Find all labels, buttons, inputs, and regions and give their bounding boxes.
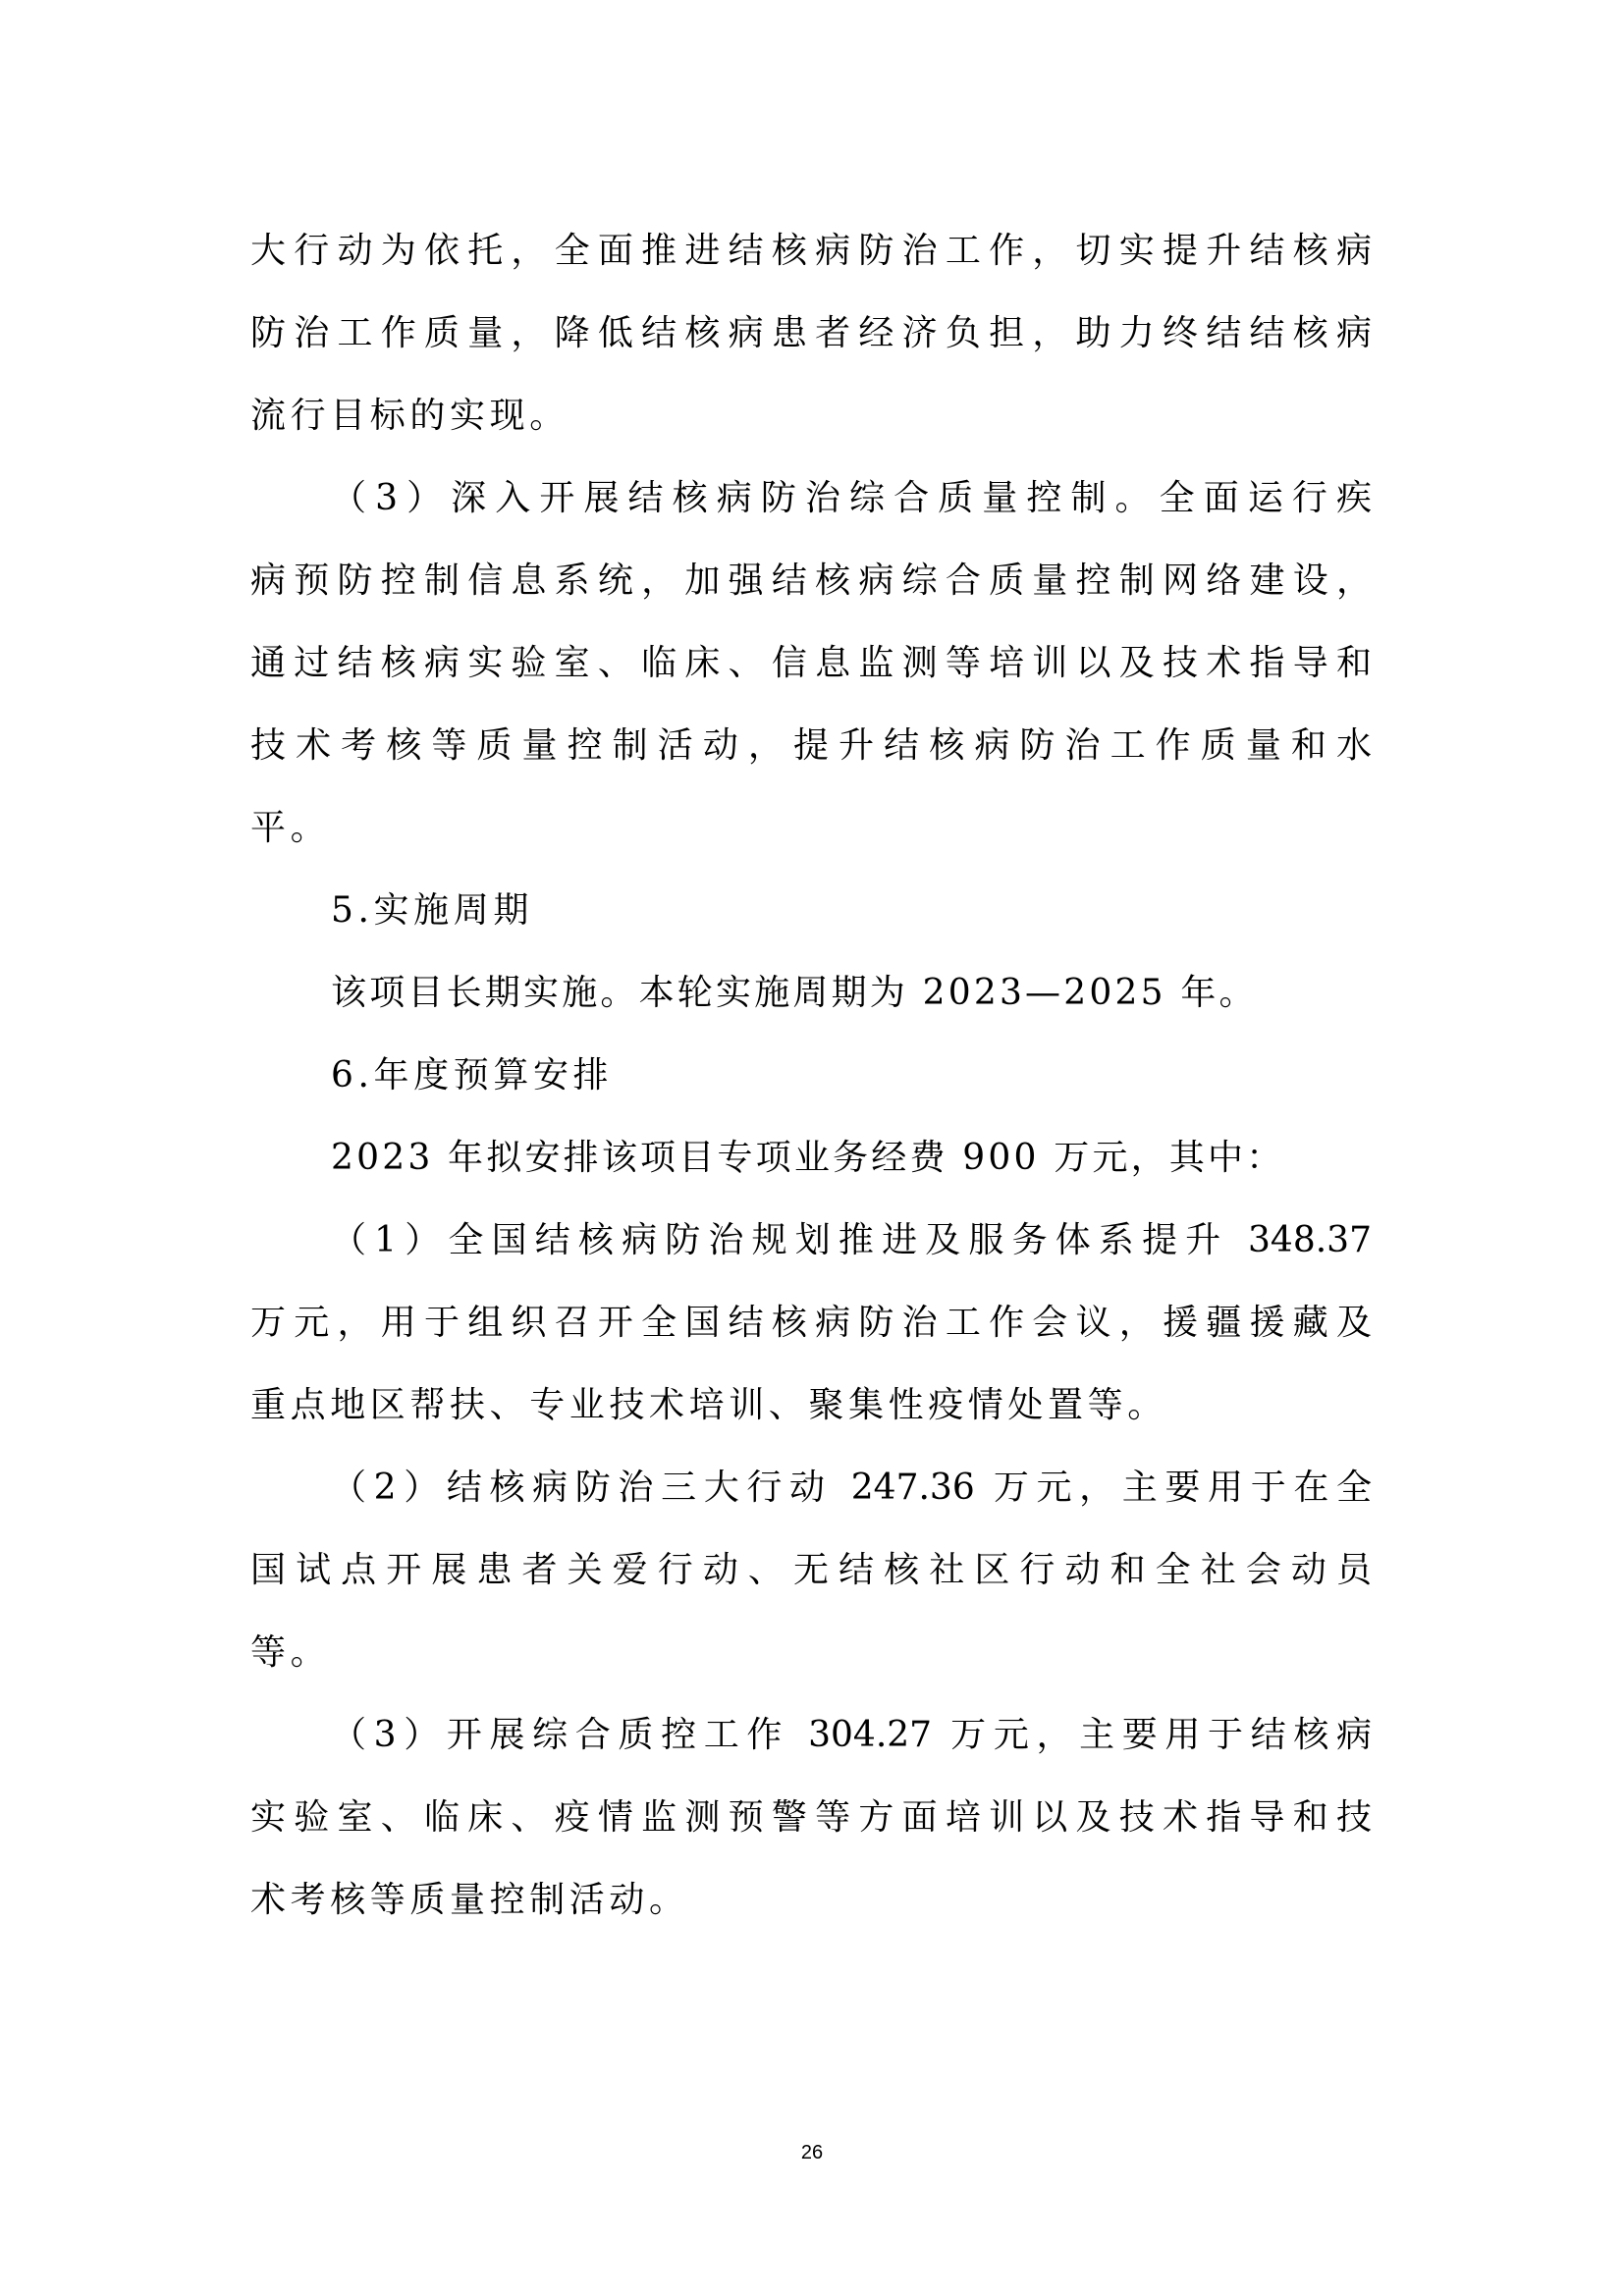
page-number: 26 xyxy=(0,2141,1624,2164)
paragraph-budget-intro: 2023 年拟安排该项目专项业务经费 900 万元，其中： xyxy=(250,1117,1380,1200)
text-line: （3）深入开展结核病防治综合质量控制。全面运行疾 xyxy=(250,457,1372,540)
text-line: 通过结核病实验室、临床、信息监测等培训以及技术指导和 xyxy=(250,622,1372,705)
text-line: 技术考核等质量控制活动，提升结核病防治工作质量和水 xyxy=(250,705,1372,787)
text-line: （1）全国结核病防治规划推进及服务体系提升 348.37 xyxy=(250,1200,1372,1282)
text-line: 万元，用于组织召开全国结核病防治工作会议，援疆援藏及 xyxy=(250,1282,1372,1364)
section-heading-annual-budget: 6.年度预算安排 xyxy=(250,1035,1380,1117)
text-line: 重点地区帮扶、专业技术培训、聚集性疫情处置等。 xyxy=(250,1364,1380,1447)
text-line: 大行动为依托，全面推进结核病防治工作，切实提升结核病 xyxy=(250,210,1372,293)
paragraph-implementation-period: 该项目长期实施。本轮实施周期为 2023—2025 年。 xyxy=(250,952,1380,1035)
text-line: 等。 xyxy=(250,1612,1380,1694)
text-line: 实验室、临床、疫情监测预警等方面培训以及技术指导和技 xyxy=(250,1777,1372,1859)
budget-item-3: （3）开展综合质控工作 304.27 万元，主要用于结核病 实验室、临床、疫情监… xyxy=(250,1694,1380,1942)
text-line: 术考核等质量控制活动。 xyxy=(250,1859,1380,1942)
text-line: （3）开展综合质控工作 304.27 万元，主要用于结核病 xyxy=(250,1694,1372,1777)
paragraph-continuation: 大行动为依托，全面推进结核病防治工作，切实提升结核病 防治工作质量，降低结核病患… xyxy=(250,210,1380,457)
section-heading-implementation-period: 5.实施周期 xyxy=(250,870,1380,952)
paragraph-quality-control: （3）深入开展结核病防治综合质量控制。全面运行疾 病预防控制信息系统，加强结核病… xyxy=(250,457,1380,870)
text-line: 国试点开展患者关爱行动、无结核社区行动和全社会动员 xyxy=(250,1529,1372,1612)
text-line: （2）结核病防治三大行动 247.36 万元，主要用于在全 xyxy=(250,1447,1372,1529)
text-line: 流行目标的实现。 xyxy=(250,375,1380,457)
budget-item-1: （1）全国结核病防治规划推进及服务体系提升 348.37 万元，用于组织召开全国… xyxy=(250,1200,1380,1447)
text-line: 病预防控制信息系统，加强结核病综合质量控制网络建设， xyxy=(250,540,1372,622)
budget-item-2: （2）结核病防治三大行动 247.36 万元，主要用于在全 国试点开展患者关爱行… xyxy=(250,1447,1380,1694)
text-line: 平。 xyxy=(250,787,1380,870)
text-line: 防治工作质量，降低结核病患者经济负担，助力终结结核病 xyxy=(250,293,1372,375)
document-body: 大行动为依托，全面推进结核病防治工作，切实提升结核病 防治工作质量，降低结核病患… xyxy=(250,210,1380,1942)
